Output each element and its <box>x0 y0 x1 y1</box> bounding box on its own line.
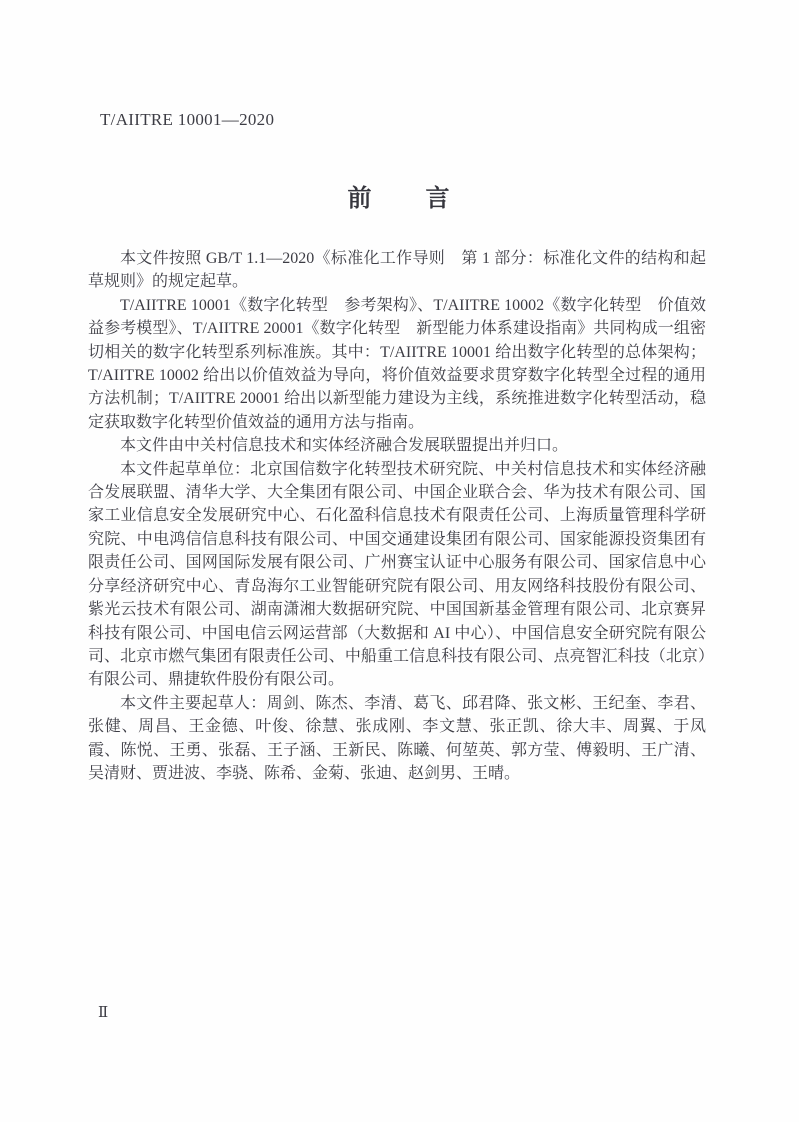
paragraph-main-drafters: 本文件主要起草人：周剑、陈杰、李清、葛飞、邱君降、张文彬、王纪奎、李君、张健、周… <box>88 692 706 786</box>
page-number: Ⅱ <box>98 1003 108 1022</box>
standard-number-header: T/AIITRE 10001—2020 <box>100 110 274 130</box>
paragraph-drafting-organizations: 本文件起草单位：北京国信数字化转型技术研究院、中关村信息技术和实体经济融合发展联… <box>88 458 706 692</box>
paragraph-drafting-rules: 本文件按照 GB/T 1.1—2020《标准化工作导则 第 1 部分：标准化文件… <box>88 247 706 294</box>
document-page: T/AIITRE 10001—2020 前 言 本文件按照 GB/T 1.1—2… <box>0 0 799 1122</box>
foreword-title: 前 言 <box>0 178 799 213</box>
paragraph-standard-series: T/AIITRE 10001《数字化转型 参考架构》、T/AIITRE 1000… <box>88 294 706 434</box>
foreword-body: 本文件按照 GB/T 1.1—2020《标准化工作导则 第 1 部分：标准化文件… <box>88 247 706 785</box>
paragraph-proposing-body: 本文件由中关村信息技术和实体经济融合发展联盟提出并归口。 <box>88 434 706 457</box>
